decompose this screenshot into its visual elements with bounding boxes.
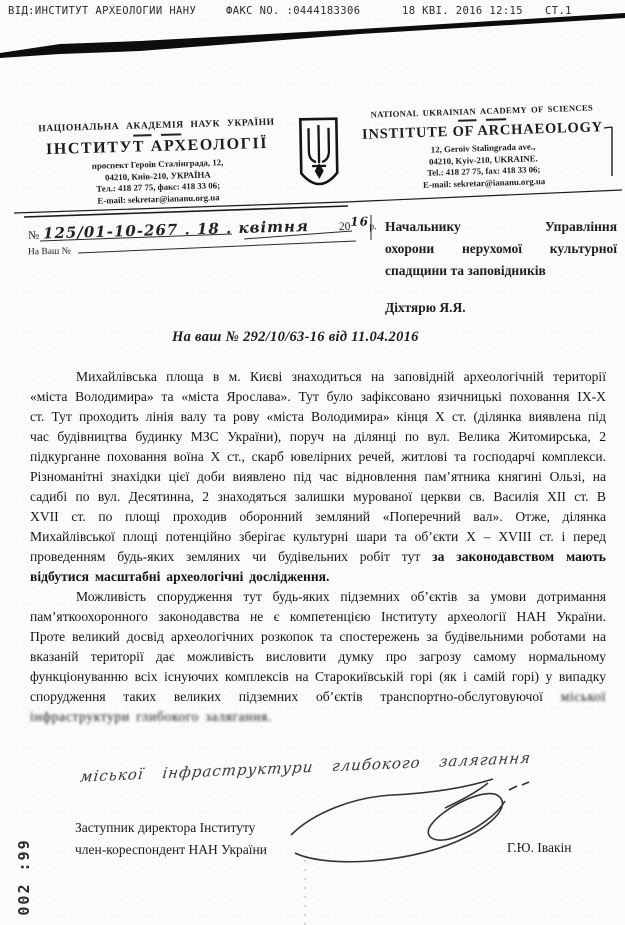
ref-no-label: № bbox=[28, 230, 39, 242]
addressee-line: Начальнику Управління bbox=[385, 216, 617, 238]
subject-reference: На ваш № 292/10/63-16 від 11.04.2016 bbox=[172, 329, 419, 346]
fax-page-indicator: СТ.1 bbox=[545, 5, 572, 17]
letter-body: Михайлівська площа в м. Києві знаходитьс… bbox=[30, 367, 606, 727]
fax-datetime: 18 КВІ. 2016 12:15 bbox=[402, 5, 523, 17]
signer-titles: Заступник директора Інституту член-корес… bbox=[75, 817, 267, 861]
ref-year-printed: 20 bbox=[339, 221, 351, 233]
fax-header: ВІД:ИНСТИТУТ АРХЕОЛОГИИ НАНУ ФАКС NO. :0… bbox=[0, 5, 625, 21]
ref-number-handwritten: 125/01-10-267 . 18 . квітня bbox=[43, 217, 309, 242]
paragraph-1-text: Михайлівська площа в м. Києві знаходитьс… bbox=[30, 369, 606, 564]
paragraph-2-text: Можливість спорудження тут будь-яких під… bbox=[30, 589, 606, 704]
signer-title-line: Заступник директора Інституту bbox=[75, 817, 267, 839]
academy-name-ua: НАЦІОНАЛЬНА АКАДЕМІЯ НАУК УКРАЇНИ bbox=[29, 116, 284, 134]
letterhead-ukrainian: НАЦІОНАЛЬНА АКАДЕМІЯ НАУК УКРАЇНИ ІНСТИТ… bbox=[29, 116, 286, 208]
paragraph-2: Можливість спорудження тут будь-яких під… bbox=[30, 587, 606, 727]
ref-year-suffix: р. bbox=[369, 221, 377, 232]
academy-name-en: NATIONAL UKRAINIAN ACADEMY OF SCIENCES bbox=[351, 102, 613, 120]
addressee-line: спадщини та заповідників bbox=[385, 260, 617, 282]
paragraph-1: Михайлівська площа в м. Києві знаходитьс… bbox=[30, 367, 606, 587]
signer-name: Г.Ю. Івакін bbox=[507, 840, 572, 856]
letterhead-divider bbox=[133, 133, 181, 136]
fax-sender: ВІД:ИНСТИТУТ АРХЕОЛОГИИ НАНУ bbox=[8, 5, 196, 17]
addressee-block: Начальнику Управління охорони нерухомої … bbox=[385, 216, 617, 319]
fax-number: ФАКС NO. :0444183306 bbox=[226, 5, 360, 17]
ref-year-handwritten: 16 bbox=[350, 214, 369, 229]
addressee-name: Діхтярю Я.Я. bbox=[385, 297, 617, 319]
incoming-ref-label: На Ваш № bbox=[28, 247, 71, 258]
reference-number-line: № 125/01-10-267 . 18 . квітня 2016р. bbox=[28, 214, 377, 244]
signature-icon bbox=[283, 773, 533, 873]
letterhead-english: NATIONAL UKRAINIAN ACADEMY OF SCIENCES I… bbox=[351, 102, 615, 193]
tryzub-emblem-icon bbox=[295, 116, 342, 201]
scanned-letter-page: ВІД:ИНСТИТУТ АРХЕОЛОГИИ НАНУ ФАКС NO. :0… bbox=[0, 0, 625, 925]
margin-stamp: 002 :99 bbox=[15, 837, 33, 917]
letterhead-divider bbox=[458, 118, 506, 122]
addressee-line: охорони нерухомої культурної bbox=[385, 238, 617, 260]
signer-title-line: член-кореспондент НАН України bbox=[75, 839, 267, 861]
